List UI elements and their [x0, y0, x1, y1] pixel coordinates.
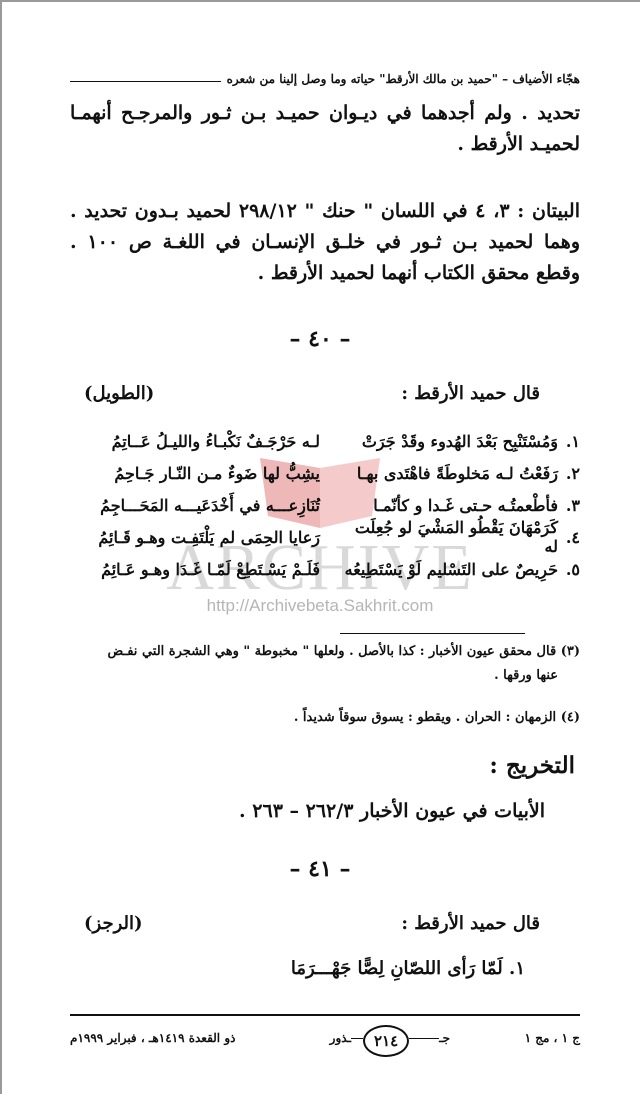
- footer-rule: [70, 1014, 580, 1016]
- verse-41-1: ١. لَمّا رَأى اللصّانِ لِصًّا جَهْـــرَم…: [70, 958, 525, 979]
- page-number: ٢١٤: [363, 1025, 409, 1057]
- poem-verses-40: ١. وَمُسْتَنْبِح بَعْدَ الهُدوء وقَدْ جَ…: [70, 425, 580, 585]
- magazine-dash: [351, 1038, 363, 1039]
- verse-first-hemistich: فأطْعمتُـه حـتى غَـدا و كأنّمـا: [338, 496, 558, 515]
- section-number-41: – ٤١ –: [0, 856, 640, 882]
- running-head-text: هجّاء الأضياف – "حميد بن مالك الأرقط" حي…: [227, 72, 580, 86]
- verse-second-hemistich: تُنَازِعـــه في أَخْدَعَيـــه المَحَـــا…: [70, 496, 338, 515]
- verse-row: ١. وَمُسْتَنْبِح بَعْدَ الهُدوء وقَدْ جَ…: [70, 425, 580, 457]
- page-footer: ج ١ ، مج ١ جـ ٢١٤ ـذور ذو القعدة ١٤١٩هـ …: [70, 1020, 580, 1056]
- takhrij-text: الأبيات في عيون الأخبار ٢٦٢/٣ – ٢٦٣ .: [70, 800, 545, 822]
- footnote-rule: [340, 633, 525, 634]
- magazine-dash: [409, 1038, 439, 1039]
- magazine-right: ـذور: [330, 1031, 351, 1045]
- verse-row: ٢. رَفَعْتُ لـه مَخلوطَةً فاهْتَدى بهـا …: [70, 457, 580, 489]
- section-number-40: – ٤٠ –: [0, 326, 640, 352]
- poet-attribution: قال حميد الأرقط :: [401, 383, 540, 404]
- poet-attribution: قال حميد الأرقط :: [401, 913, 540, 934]
- volume-info: ج ١ ، مج ١: [450, 1031, 580, 1045]
- takhrij-heading: التخريج :: [70, 752, 575, 779]
- poet-line-41: قال حميد الأرقط : (الرجز): [70, 913, 580, 934]
- meter-label: (الرجز): [84, 913, 143, 934]
- running-head-rule: [70, 81, 221, 82]
- verse-second-hemistich: رَعايا الحِمَى لم يَلْتَفِـت وهـو قَـائِ…: [70, 528, 338, 547]
- running-head: هجّاء الأضياف – "حميد بن مالك الأرقط" حي…: [70, 72, 580, 86]
- meter-label: (الطويل): [84, 383, 154, 404]
- verse-row: ٣. فأطْعمتُـه حـتى غَـدا و كأنّمـا تُنَا…: [70, 489, 580, 521]
- paragraph-2: البيتان : ٣، ٤ في اللسان " حنك " ٢٩٨/١٢ …: [70, 196, 580, 289]
- verse-number: ٤.: [558, 528, 580, 547]
- verse-row: ٤. كَرَمْهَانَ يَقْطُو المَشْيَ لو جُعِل…: [70, 521, 580, 553]
- verse-first-hemistich: حَرِيصٌ على التَسْليم لَوْ يَسْتَطِيعُه: [338, 560, 558, 579]
- verse-second-hemistich: لـه حَرْجَـفٌ نَكْبـاءُ والليـلُ عَــاتِ…: [70, 432, 338, 451]
- verse-row: ٥. حَرِيصٌ على التَسْليم لَوْ يَسْتَطِيع…: [70, 553, 580, 585]
- verse-number: ٥.: [558, 560, 580, 579]
- verse-first-hemistich: كَرَمْهَانَ يَقْطُو المَشْيَ لو جُعِلَت …: [338, 518, 558, 556]
- footnote-text: الزمهان : الحران . ويقطو : يسوق سوقاً شد…: [294, 710, 556, 725]
- magazine-name: جـ ٢١٤ ـذور: [280, 1019, 450, 1057]
- verse-number: ٣.: [558, 496, 580, 515]
- footnote-ref: (٤): [561, 710, 580, 725]
- footnote-3: (٣) قال محقق عيون الأخبار : كذا بالأصل .…: [70, 640, 580, 688]
- paragraph-1: تحديد . ولم أجدهما في ديـوان حميـد بـن ث…: [70, 98, 580, 160]
- verse-number: ١.: [558, 432, 580, 451]
- footnote-text: قال محقق عيون الأخبار : كذا بالأصل . ولع…: [108, 644, 557, 659]
- footnote-4: (٤) الزمهان : الحران . ويقطو : يسوق سوقا…: [70, 706, 580, 730]
- poet-line-40: قال حميد الأرقط : (الطويل): [70, 383, 580, 404]
- magazine-left: جـ: [439, 1031, 450, 1045]
- verse-second-hemistich: فَلَـمْ يَسْـتَطِعْ لَمّـا غَـدَا وهـو ع…: [70, 560, 338, 579]
- footnote-text-cont: عنها ورقها .: [70, 664, 580, 688]
- verse-first-hemistich: رَفَعْتُ لـه مَخلوطَةً فاهْتَدى بهـا: [338, 464, 558, 483]
- footnote-ref: (٣): [561, 644, 580, 659]
- verse-first-hemistich: وَمُسْتَنْبِح بَعْدَ الهُدوء وقَدْ جَرَت…: [338, 432, 558, 451]
- verse-second-hemistich: يشِبُّ لها ضَوءٌ مـن النّـار جَـاحِمُ: [70, 464, 338, 483]
- issue-date: ذو القعدة ١٤١٩هـ ، فبراير ١٩٩٩م: [70, 1031, 280, 1045]
- verse-number: ٢.: [558, 464, 580, 483]
